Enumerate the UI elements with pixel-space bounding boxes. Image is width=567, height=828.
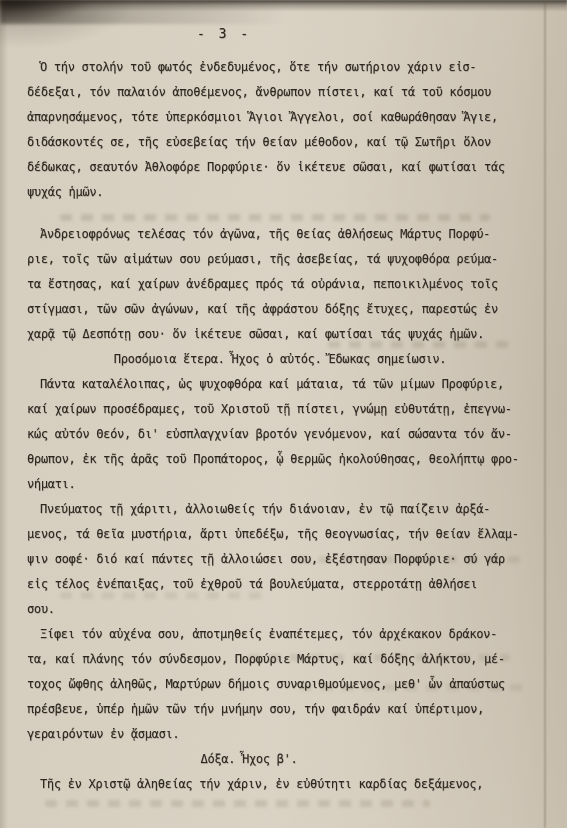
text-line: Ξίφει τόν αὐχένα σου, ἀποτμηθείς ἐναπέτε… <box>27 622 533 647</box>
text-line: σου. <box>27 597 533 622</box>
text-line: στίγμασι, τῶν σῶν ἀγώνων, καί τῆς ἀφράστ… <box>27 297 533 322</box>
page-text: Ὁ τήν στολήν τοῦ φωτός ἐνδεδυμένος, ὅτε … <box>27 55 533 797</box>
text-line: διδάσκοντές σε, τῆς εὐσεβείας τήν θείαν … <box>27 130 533 155</box>
text-line: ριε, τοῖς τῶν αἱμάτων σου ρεύμασι, τῆς ἀ… <box>27 247 533 272</box>
paragraph-3: Πάντα καταλέλοιπας, ὡς ψυχοφθόρα καί μάτ… <box>27 372 533 497</box>
text-line: μενος, τά θεῖα μυστήρια, ἄρτι ὑπεδέξω, τ… <box>27 522 533 547</box>
page-number: - 3 - <box>197 27 251 42</box>
scanned-page: - 3 - Ὁ τήν στολήν τοῦ φωτός ἐνδεδυμένος… <box>0 0 567 828</box>
text-line: εἰς τέλος ἐνέπαιξας, τοῦ ἐχθροῦ τά βουλε… <box>27 572 533 597</box>
text-line: γεραιρόντων ἐν ᾄσμασι. <box>27 722 533 747</box>
heading-doxa: Δόξα. Ἦχος β'. <box>27 747 533 772</box>
heading-prosomoia: Προσόμοια ἕτερα. Ἦχος ὁ αὐτός. Ἔδωκας ση… <box>27 347 533 372</box>
paragraph-6: Τῆς ἐν Χριστῷ ἀληθείας τήν χάριν, ἐν εὐθ… <box>27 772 533 797</box>
text-line: τα ἔστησας, καί χαίρων ἀνέδραμες πρός τά… <box>27 272 533 297</box>
text-line: νήματι. <box>27 472 533 497</box>
text-line: Πνεύματος τῇ χάριτι, ἀλλοιωθείς τήν διάν… <box>27 497 533 522</box>
text-line: δέδωκας, σεαυτόν Ἀθλοφόρε Πορφύριε· ὅν ἱ… <box>27 155 533 180</box>
text-line: τοχος ὤφθης ἀληθῶς, Μαρτύρων δήμοις συνα… <box>27 672 533 697</box>
page-crease-line <box>544 0 546 828</box>
text-line: θρωπον, ἐκ τῆς ἀρᾶς τοῦ Προπάτορος, ᾧ θε… <box>27 447 533 472</box>
scan-left-edge-shadow <box>0 0 8 828</box>
text-line: καί χαίρων προσέδραμες, τοῦ Χριστοῦ τῇ π… <box>27 397 533 422</box>
text-line: Ὁ τήν στολήν τοῦ φωτός ἐνδεδυμένος, ὅτε … <box>27 55 533 80</box>
text-line: ψιν σοφέ· διό καί πάντες τῇ ἀλλοιώσει σο… <box>27 547 533 572</box>
paragraph-4: Πνεύματος τῇ χάριτι, ἀλλοιωθείς τήν διάν… <box>27 497 533 622</box>
text-line: ἀπαρνησάμενος, τότε ὑπερκόσμιοι Ἅγιοι Ἄγ… <box>27 105 533 130</box>
text-line: δέδεξαι, τόν παλαιόν ἀποθέμενος, ἄνθρωπο… <box>27 80 533 105</box>
paragraph-1: Ὁ τήν στολήν τοῦ φωτός ἐνδεδυμένος, ὅτε … <box>27 55 533 205</box>
bleed-through-text <box>45 800 430 807</box>
text-line: κώς αὐτόν Θεόν, δι' εὐσπλαγχνίαν βροτόν … <box>27 422 533 447</box>
text-line: χαρᾷ τῷ Δεσπότῃ σου· ὅν ἱκέτευε σῶσαι, κ… <box>27 322 533 347</box>
text-line: Ἀνδρειοφρόνως τελέσας τόν ἀγῶνα, τῆς θεί… <box>27 222 533 247</box>
text-line: ψυχάς ἡμῶν. <box>27 180 533 205</box>
paragraph-5: Ξίφει τόν αὐχένα σου, ἀποτμηθείς ἐναπέτε… <box>27 622 533 747</box>
text-line: Πάντα καταλέλοιπας, ὡς ψυχοφθόρα καί μάτ… <box>27 372 533 397</box>
text-line: Τῆς ἐν Χριστῷ ἀληθείας τήν χάριν, ἐν εὐθ… <box>27 772 533 797</box>
text-line: τα, καί πλάνης τόν σύνδεσμον, Πορφύριε Μ… <box>27 647 533 672</box>
text-line: πρέσβευε, ὑπέρ ἡμῶν τῶν τήν μνήμην σου, … <box>27 697 533 722</box>
scan-corner-shadow <box>0 0 170 44</box>
paragraph-2: Ἀνδρειοφρόνως τελέσας τόν ἀγῶνα, τῆς θεί… <box>27 222 533 347</box>
